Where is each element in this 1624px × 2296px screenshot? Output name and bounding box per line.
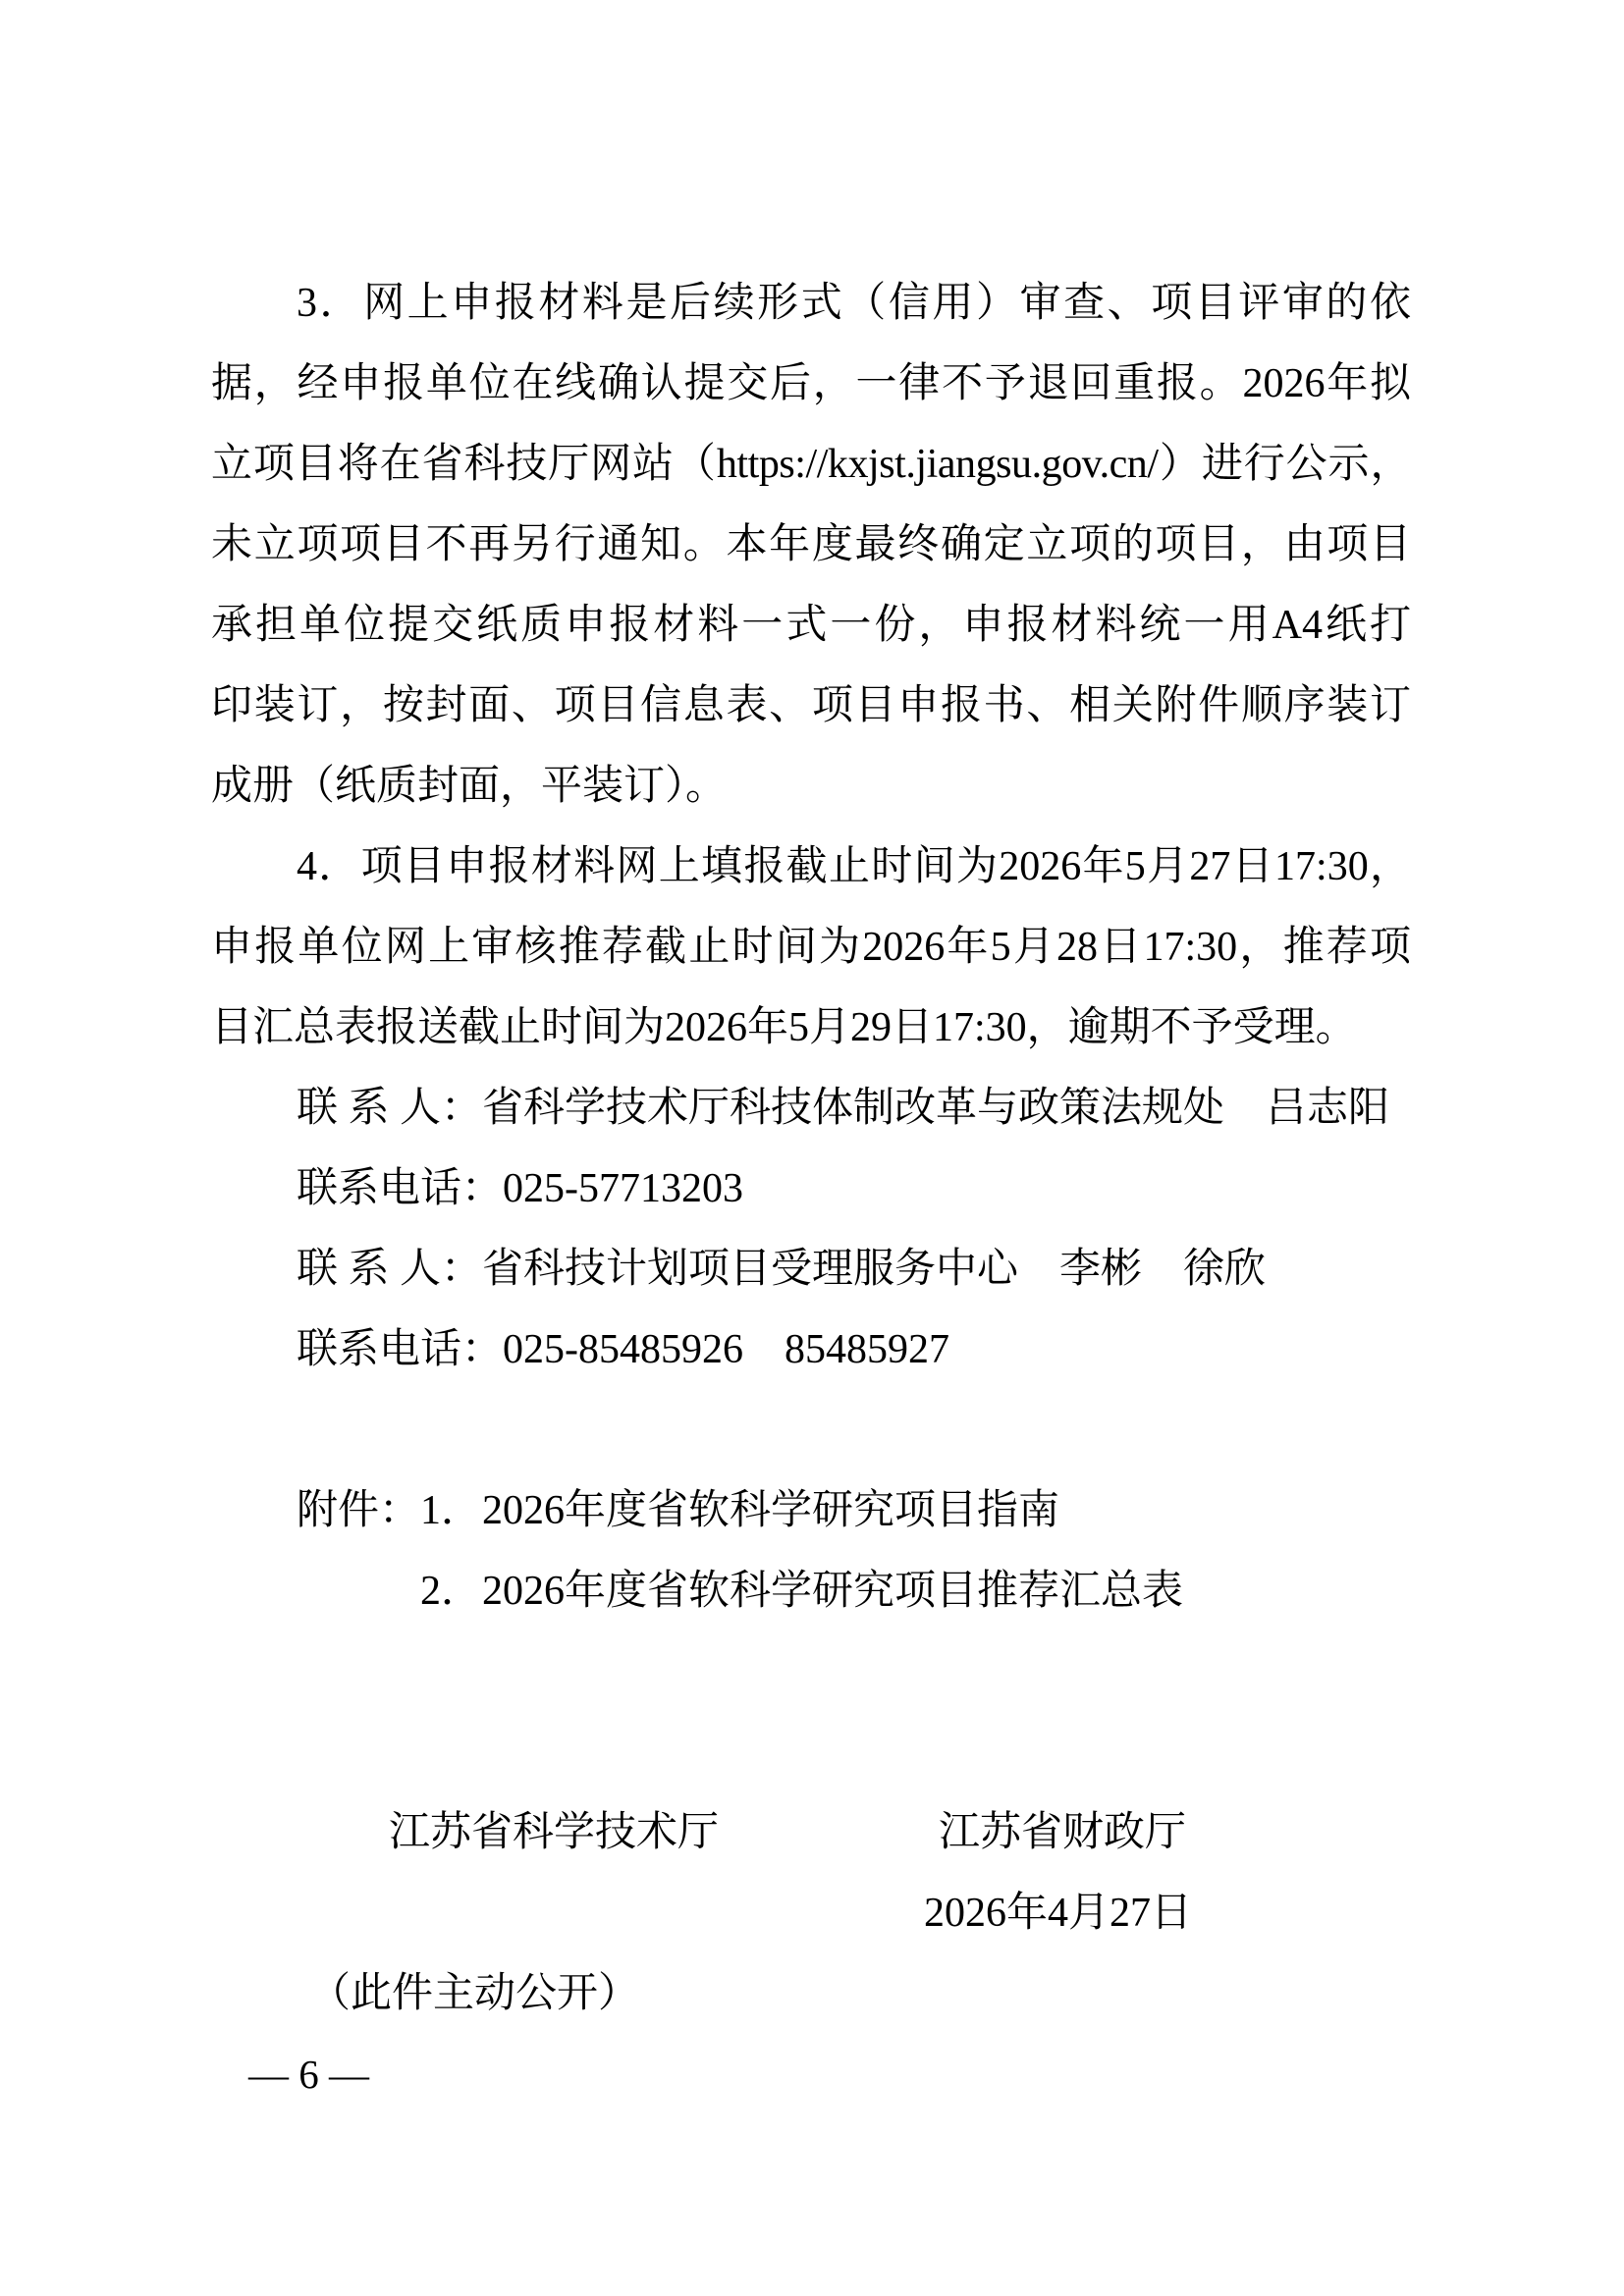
contact-person-line-1: 联 系 人：省科学技术厅科技体制改革与政策法规处 吕志阳 bbox=[211, 1068, 1411, 1148]
paragraph-3-line-6: 印装订，按封面、项目信息表、项目申报书、相关附件顺序装订 bbox=[211, 666, 1411, 746]
paragraph-3-line-1: 3．网上申报材料是后续形式（信用）审查、项目评审的依 bbox=[211, 263, 1411, 344]
blank-line bbox=[211, 1390, 1411, 1470]
blank-line bbox=[211, 1631, 1411, 1712]
website-url[interactable]: https://kxjst.jiangsu.gov.cn/ bbox=[717, 442, 1159, 487]
paragraph-3-line-3-post: ）进行公示， bbox=[1159, 442, 1411, 487]
paragraph-4-line-3: 目汇总表报送截止时间为2026年5月29日17:30，逾期不予受理。 bbox=[211, 988, 1411, 1068]
paragraph-4-line-1: 4．项目申报材料网上填报截止时间为2026年5月27日17:30， bbox=[211, 827, 1411, 907]
signature-date: 2026年4月27日 bbox=[211, 1873, 1411, 1953]
blank-line bbox=[211, 1712, 1411, 1792]
signature-row: 江苏省科学技术厅 江苏省财政厅 bbox=[211, 1792, 1411, 1873]
paragraph-3-line-3: 立项目将在省科技厅网站（https://kxjst.jiangsu.gov.cn… bbox=[211, 424, 1411, 505]
document-body: 3．网上申报材料是后续形式（信用）审查、项目评审的依 据，经申报单位在线确认提交… bbox=[211, 263, 1411, 2114]
attachment-line-1: 附件：1．2026年度省软科学研究项目指南 bbox=[211, 1470, 1411, 1551]
attachment-item-2: 2．2026年度省软科学研究项目推荐汇总表 bbox=[420, 1569, 1183, 1614]
paragraph-4-line-2: 申报单位网上审核推荐截止时间为2026年5月28日17:30，推荐项 bbox=[211, 907, 1411, 988]
contact-phone-line-2: 联系电话：025-85485926 85485927 bbox=[211, 1309, 1411, 1390]
paragraph-3-line-7: 成册（纸质封面，平装订）。 bbox=[211, 746, 1411, 827]
attachments-label: 附件： bbox=[297, 1488, 420, 1533]
paragraph-3-line-3-pre: 立项目将在省科技厅网站（ bbox=[211, 442, 717, 487]
attachment-line-2: 2．2026年度省软科学研究项目推荐汇总表 bbox=[211, 1551, 1411, 1631]
disclosure-note: （此件主动公开） bbox=[211, 1953, 1411, 2034]
contact-phone-line-1: 联系电话：025-57713203 bbox=[211, 1148, 1411, 1229]
official-document-page: 3．网上申报材料是后续形式（信用）审查、项目评审的依 据，经申报单位在线确认提交… bbox=[0, 0, 1624, 2296]
signature-org-finance-dept: 江苏省财政厅 bbox=[939, 1792, 1186, 1873]
paragraph-3-line-4: 未立项项目不再另行通知。本年度最终确定立项的项目，由项目 bbox=[211, 505, 1411, 585]
signature-org-science-dept: 江苏省科学技术厅 bbox=[389, 1792, 719, 1873]
contact-person-line-2: 联 系 人：省科技计划项目受理服务中心 李彬 徐欣 bbox=[211, 1229, 1411, 1309]
attachment-item-1: 1．2026年度省软科学研究项目指南 bbox=[420, 1488, 1059, 1533]
paragraph-3-line-5: 承担单位提交纸质申报材料一式一份，申报材料统一用A4纸打 bbox=[211, 585, 1411, 666]
page-number: — 6 — bbox=[211, 2034, 1411, 2114]
paragraph-3-line-2: 据，经申报单位在线确认提交后，一律不予退回重报。2026年拟 bbox=[211, 344, 1411, 424]
